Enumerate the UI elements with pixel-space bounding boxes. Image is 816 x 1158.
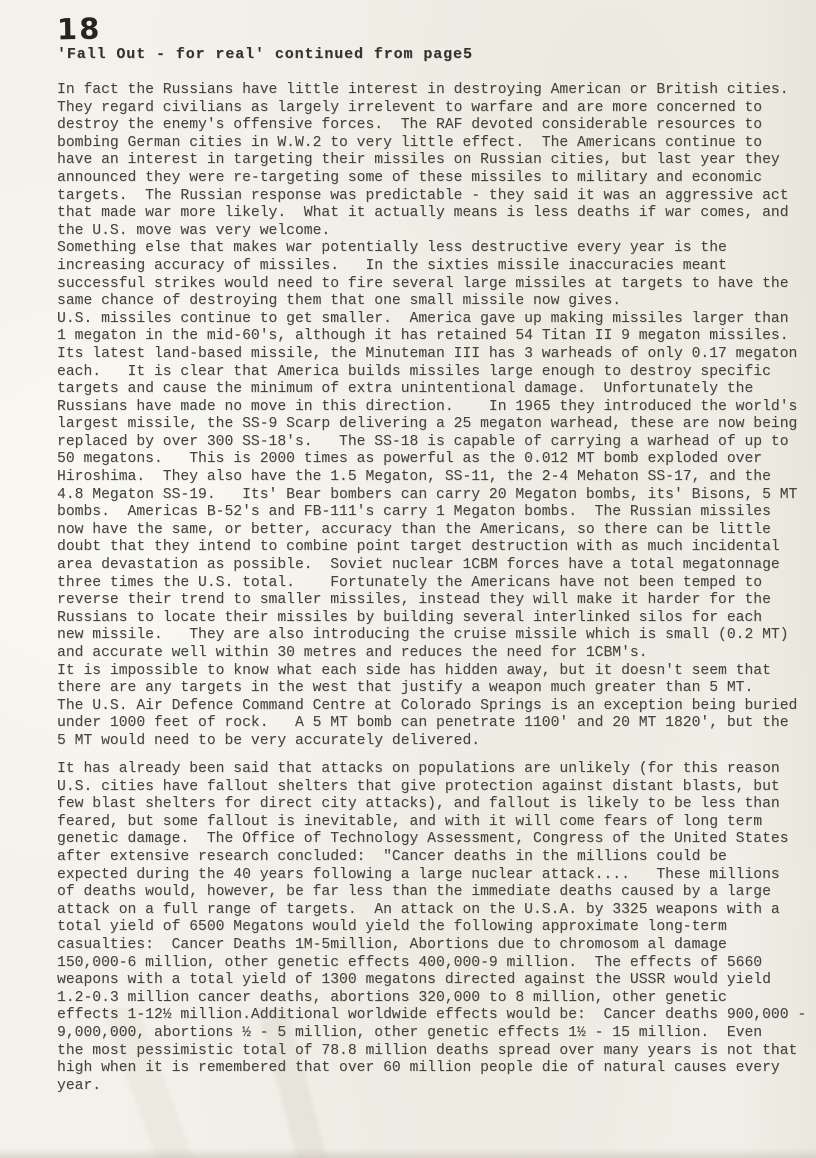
page-number: 18 — [57, 12, 102, 47]
scanned-page: 18 'Fall Out - for real' continued from … — [0, 0, 816, 1158]
article-text-block-2: It has already been said that attacks on… — [57, 761, 806, 1095]
article-text-block-1: In fact the Russians have little interes… — [57, 82, 797, 751]
paper-bottom-shadow — [0, 1148, 816, 1158]
page-title: 'Fall Out - for real' continued from pag… — [57, 46, 473, 63]
